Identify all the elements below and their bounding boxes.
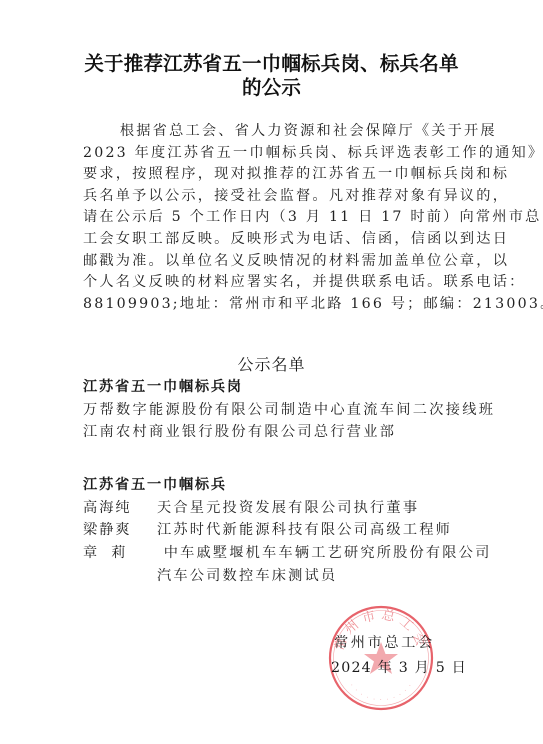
body-line: 要求，按照程序，现对拟推荐的江苏省五一巾帼标兵岗和标 bbox=[83, 164, 473, 186]
body-line: 兵名单予以公示，接受社会监督。凡对推荐对象有异议的， bbox=[83, 186, 473, 208]
person-row: 章莉 中车戚墅堰机车车辆工艺研究所股份有限公司汽车公司数控车床测试员 bbox=[83, 542, 491, 587]
document-title: 关于推荐江苏省五一巾帼标兵岗、标兵名单 的公示 bbox=[60, 52, 483, 100]
signature-date: 2024 年 3 月 5 日 bbox=[331, 657, 467, 679]
title-line-2: 的公示 bbox=[60, 76, 483, 100]
person-row: 梁静爽江苏时代新能源科技有限公司高级工程师 bbox=[83, 519, 452, 542]
body-line: 工会女职工部反映。反映形式为电话、信函，信函以到达日 bbox=[83, 229, 473, 251]
person-detail-block: 中车戚墅堰机车车辆工艺研究所股份有限公司汽车公司数控车床测试员 bbox=[157, 542, 491, 587]
person-row: 高海纯天合星元投资发展有限公司执行董事 bbox=[83, 497, 419, 520]
post-entry: 江南农村商业银行股份有限公司总行营业部 bbox=[83, 421, 396, 443]
person-detail: 江苏时代新能源科技有限公司高级工程师 bbox=[157, 519, 452, 542]
person-name: 梁静爽 bbox=[83, 519, 157, 542]
signature-organization: 常州市总工会 bbox=[334, 632, 435, 654]
person-detail: 天合星元投资发展有限公司执行董事 bbox=[157, 497, 419, 520]
person-detail: 中车戚墅堰机车车辆工艺研究所股份有限公司 bbox=[157, 545, 491, 561]
person-detail-continued: 汽车公司数控车床测试员 bbox=[157, 565, 491, 588]
title-line-1: 关于推荐江苏省五一巾帼标兵岗、标兵名单 bbox=[60, 52, 483, 76]
list-title: 公示名单 bbox=[0, 354, 543, 376]
body-line: 邮戳为准。以单位名义反映情况的材料需加盖单位公章，以 bbox=[83, 251, 473, 273]
body-paragraph: 根据省总工会、省人力资源和社会保障厅《关于开展2023 年度江苏省五一巾帼标兵岗… bbox=[83, 121, 473, 315]
body-line: 根据省总工会、省人力资源和社会保障厅《关于开展 bbox=[83, 121, 473, 143]
body-line: 88109903;地址：常州市和平北路 166 号；邮编：213003。 bbox=[83, 294, 473, 316]
body-line: 个人名义反映的材料应署实名，并提供联系电话。联系电话： bbox=[83, 272, 473, 294]
person-name: 章莉 bbox=[83, 542, 157, 565]
person-name: 高海纯 bbox=[83, 497, 157, 520]
document-page: 关于推荐江苏省五一巾帼标兵岗、标兵名单 的公示 根据省总工会、省人力资源和社会保… bbox=[0, 0, 543, 744]
section-heading-posts: 江苏省五一巾帼标兵岗 bbox=[83, 376, 243, 398]
post-entry: 万帮数字能源股份有限公司制造中心直流车间二次接线班 bbox=[83, 399, 495, 421]
body-line: 请在公示后 5 个工作日内（3 月 11 日 17 时前）向常州市总 bbox=[83, 207, 473, 229]
body-line: 2023 年度江苏省五一巾帼标兵岗、标兵评选表彰工作的通知》 bbox=[83, 143, 473, 165]
section-heading-individuals: 江苏省五一巾帼标兵 bbox=[83, 474, 227, 496]
